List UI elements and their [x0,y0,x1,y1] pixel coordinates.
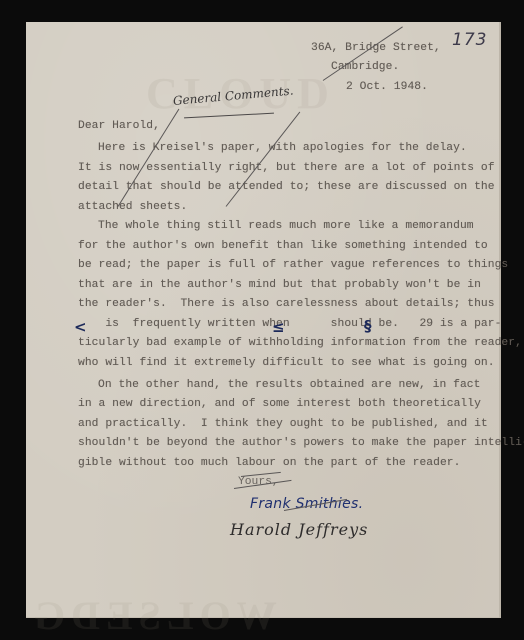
body-line: is frequently written when should be. 29… [78,318,501,330]
body-line: who will find it extremely difficult to … [78,357,495,369]
body-line: shouldn't be beyond the author's powers … [78,437,524,449]
body-line: On the other hand, the results obtained … [98,379,480,391]
less-than-symbol: < [74,318,87,336]
salutation: Dear Harold, [78,120,160,132]
body-line: be read; the paper is full of rather vag… [78,259,508,271]
body-line: detail that should be attended to; these… [78,181,495,193]
body-line: and practically. I think they ought to b… [78,418,488,430]
letter-page: CLOUD WOLSEDG 173 36A, Bridge Street, Ca… [26,22,501,618]
body-line: The whole thing still reads much more li… [98,220,474,232]
body-line: the reader's. There is also carelessness… [78,298,495,310]
folio-number: 173 [452,30,487,50]
letter-date: 2 Oct. 1948. [346,81,428,93]
body-line: attached sheets. [78,201,187,213]
body-line: in a new direction, and of some interest… [78,398,481,410]
body-line: ticularly bad example of withholding inf… [78,337,522,349]
body-line: for the author's own benefit than like s… [78,240,488,252]
section-symbol: § [364,317,372,335]
less-equal-symbol: ≤ [272,318,285,336]
signature-harold-jeffreys: Harold Jeffreys [230,520,368,539]
watermark-bleed-bottom: WOLSEDG [28,592,277,639]
body-line: gible without too much labour on the par… [78,457,460,469]
body-line: that are in the author's mind but that p… [78,279,481,291]
